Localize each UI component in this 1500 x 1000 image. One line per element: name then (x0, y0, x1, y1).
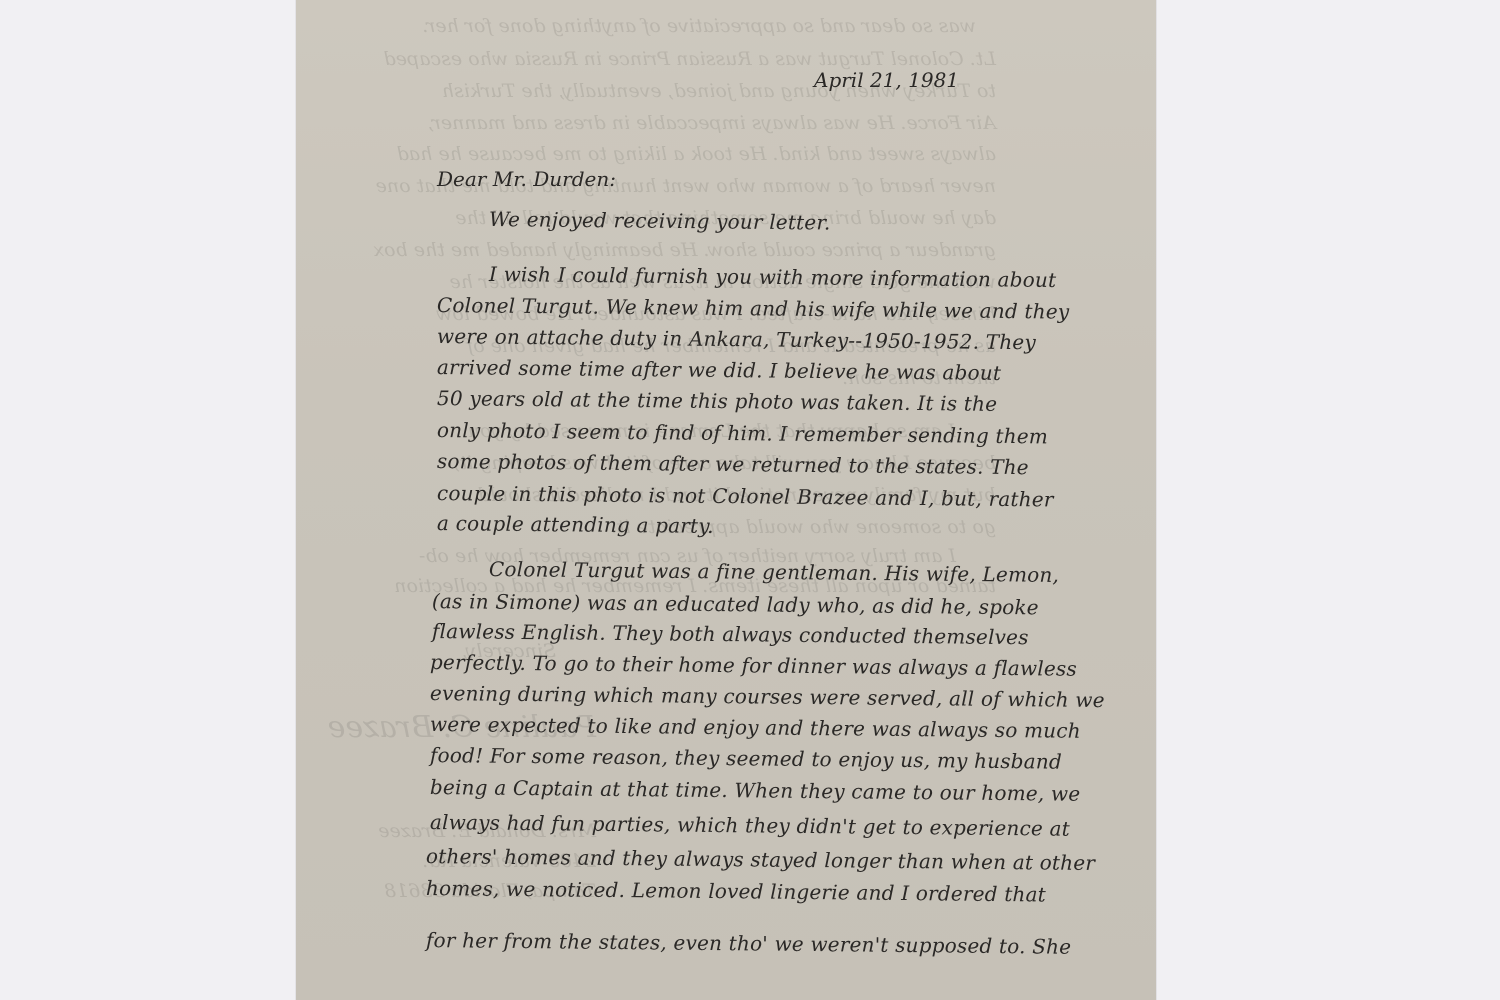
body-line: evening during which many courses were s… (430, 681, 1105, 712)
bleed-line: Air Force. He was always impeccable in d… (428, 112, 996, 134)
body-line: homes, we noticed. Lemon loved lingerie … (426, 876, 1046, 906)
body-line: food! For some reason, they seemed to en… (430, 743, 1062, 774)
body-line: Colonel Turgut was a fine gentleman. His… (489, 557, 1059, 587)
body-line: couple in this photo is not Colonel Braz… (437, 481, 1054, 511)
body-line: some photos of them after we returned to… (437, 449, 1029, 479)
body-line: only photo I seem to find of him. I reme… (437, 418, 1048, 448)
letter-date: April 21, 1981 (814, 68, 959, 92)
body-line: (as in Simone) was an educated lady who,… (432, 589, 1039, 619)
body-line: were expected to like and enjoy and ther… (430, 712, 1081, 743)
bleed-line: Lt. Colonel Turgut was a Russian Prince … (384, 48, 996, 70)
body-line: were on attache duty in Ankara, Turkey--… (437, 324, 1036, 354)
bleed-line: always sweet and kind. He took a liking … (397, 143, 996, 165)
body-line: for her from the states, even tho' we we… (426, 928, 1071, 959)
letter-salutation: Dear Mr. Durden: (437, 167, 616, 191)
body-line: arrived some time after we did. I believ… (437, 355, 1001, 385)
body-line: We enjoyed receiving your letter. (489, 207, 831, 235)
body-line: 50 years old at the time this photo was … (437, 386, 997, 416)
body-line: Colonel Turgut. We knew him and his wife… (437, 293, 1070, 324)
body-line: I wish I could furnish you with more inf… (489, 262, 1057, 292)
body-line: a couple attending a party. (437, 511, 714, 538)
bleed-line: was so dear and so appreciative of anyth… (422, 15, 976, 37)
body-line: others' homes and they always stayed lon… (426, 844, 1095, 875)
body-line: perfectly. To go to their home for dinne… (430, 650, 1077, 681)
body-line: always had fun parties, which they didn'… (430, 810, 1070, 841)
body-line: flawless English. They both always condu… (432, 619, 1029, 649)
body-line: being a Captain at that time. When they … (430, 775, 1081, 806)
letter-page: was so dear and so appreciative of anyth… (296, 0, 1156, 1000)
bleed-line: grandeur a prince could show. He beaming… (373, 239, 996, 261)
